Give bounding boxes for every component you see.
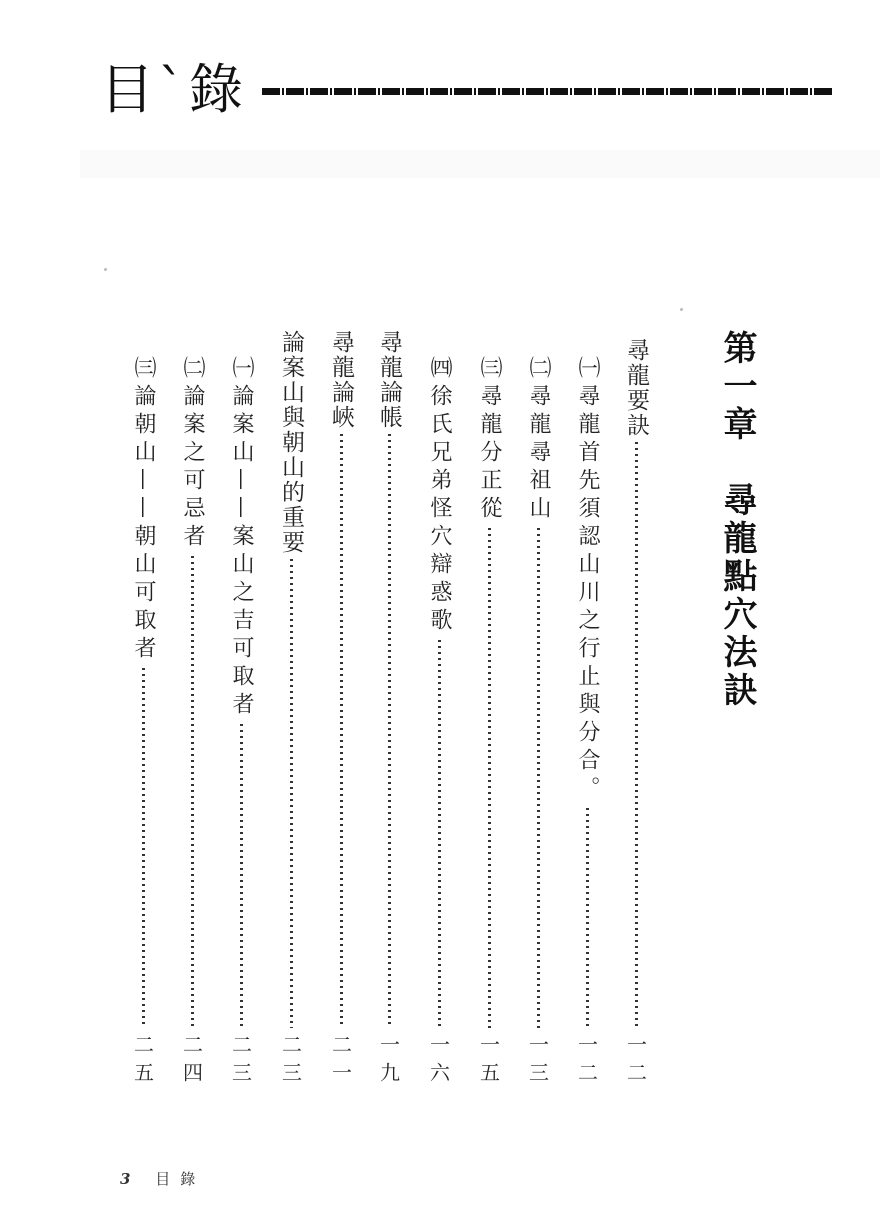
footer: 3 目錄	[120, 1168, 205, 1189]
toc-entry[interactable]: ㈠論案山——案山之吉可取者 二三	[226, 356, 256, 1090]
toc-entry[interactable]: ㈣徐氏兄弟怪穴辯惑歌 一六	[424, 356, 454, 1090]
toc-leader	[586, 808, 589, 1028]
footer-page-number: 3	[120, 1170, 140, 1188]
toc-page-number: 一二	[622, 1034, 651, 1090]
toc-entry-text: 尋龍要訣	[623, 338, 649, 438]
toc-page-number: 二三	[227, 1034, 256, 1090]
toc-leader	[488, 528, 491, 1028]
toc-page-number: 二五	[129, 1034, 158, 1090]
toc-leader	[340, 434, 343, 1028]
toc-leader	[635, 442, 638, 1028]
toc-entry[interactable]: ㈢論朝山——朝山可取者 二五	[128, 356, 158, 1090]
toc-page-number: 一六	[425, 1034, 454, 1090]
scan-speck	[680, 308, 683, 311]
toc-entry-text: ㈢尋龍分正從	[476, 356, 502, 524]
toc-page-number: 一九	[375, 1034, 404, 1090]
toc-entry[interactable]: 尋龍論帳 一九	[374, 330, 404, 1090]
toc-entry[interactable]: ㈠尋龍首先須認山川之行止與分合。 一二	[572, 356, 602, 1090]
title-rule	[262, 88, 832, 95]
toc-entry[interactable]: ㈢尋龍分正從 一五	[474, 356, 504, 1090]
toc-entry[interactable]: 論案山與朝山的重要 二三	[276, 330, 306, 1090]
toc-entry[interactable]: 尋龍要訣 一二	[621, 338, 651, 1090]
toc-page-number: 一二	[573, 1034, 602, 1090]
toc-page-number: 一五	[475, 1034, 504, 1090]
toc-entry[interactable]: ㈡論案之可忌者 二四	[177, 356, 207, 1090]
footer-label: 目錄	[155, 1170, 205, 1188]
toc-entry-text: ㈣徐氏兄弟怪穴辯惑歌	[426, 356, 452, 636]
toc-leader	[290, 559, 293, 1028]
toc-leader	[191, 556, 194, 1028]
toc-page-number: 二四	[178, 1034, 207, 1090]
toc-entry-text: ㈠尋龍首先須認山川之行止與分合。	[574, 356, 600, 804]
toc-entry-text: 論案山與朝山的重要	[278, 330, 304, 555]
toc-page-number: 二一	[327, 1034, 356, 1090]
toc-entry-text: 尋龍論峽	[328, 330, 354, 430]
toc-entry-text: ㈡尋龍尋祖山	[525, 356, 551, 524]
toc-entry-text: 尋龍論帳	[376, 330, 402, 430]
header-band	[80, 150, 880, 178]
toc-leader	[438, 640, 441, 1028]
toc-entry[interactable]: ㈡尋龍尋祖山 一三	[523, 356, 553, 1090]
toc-entry-text: ㈠論案山——案山之吉可取者	[228, 356, 254, 720]
page-title: 目`錄	[100, 58, 247, 122]
scan-speck	[104, 268, 107, 271]
toc-page-number: 一三	[524, 1034, 553, 1090]
toc-entry-text: ㈢論朝山——朝山可取者	[130, 356, 156, 664]
chapter-title: 第一章 尋龍點穴法訣	[713, 330, 762, 710]
toc-entry-text: ㈡論案之可忌者	[179, 356, 205, 552]
toc-leader	[388, 434, 391, 1028]
toc-page-number: 二三	[277, 1034, 306, 1090]
toc-leader	[142, 668, 145, 1028]
toc-leader	[240, 724, 243, 1028]
toc-entry[interactable]: 尋龍論峽 二一	[326, 330, 356, 1090]
toc-leader	[537, 528, 540, 1028]
